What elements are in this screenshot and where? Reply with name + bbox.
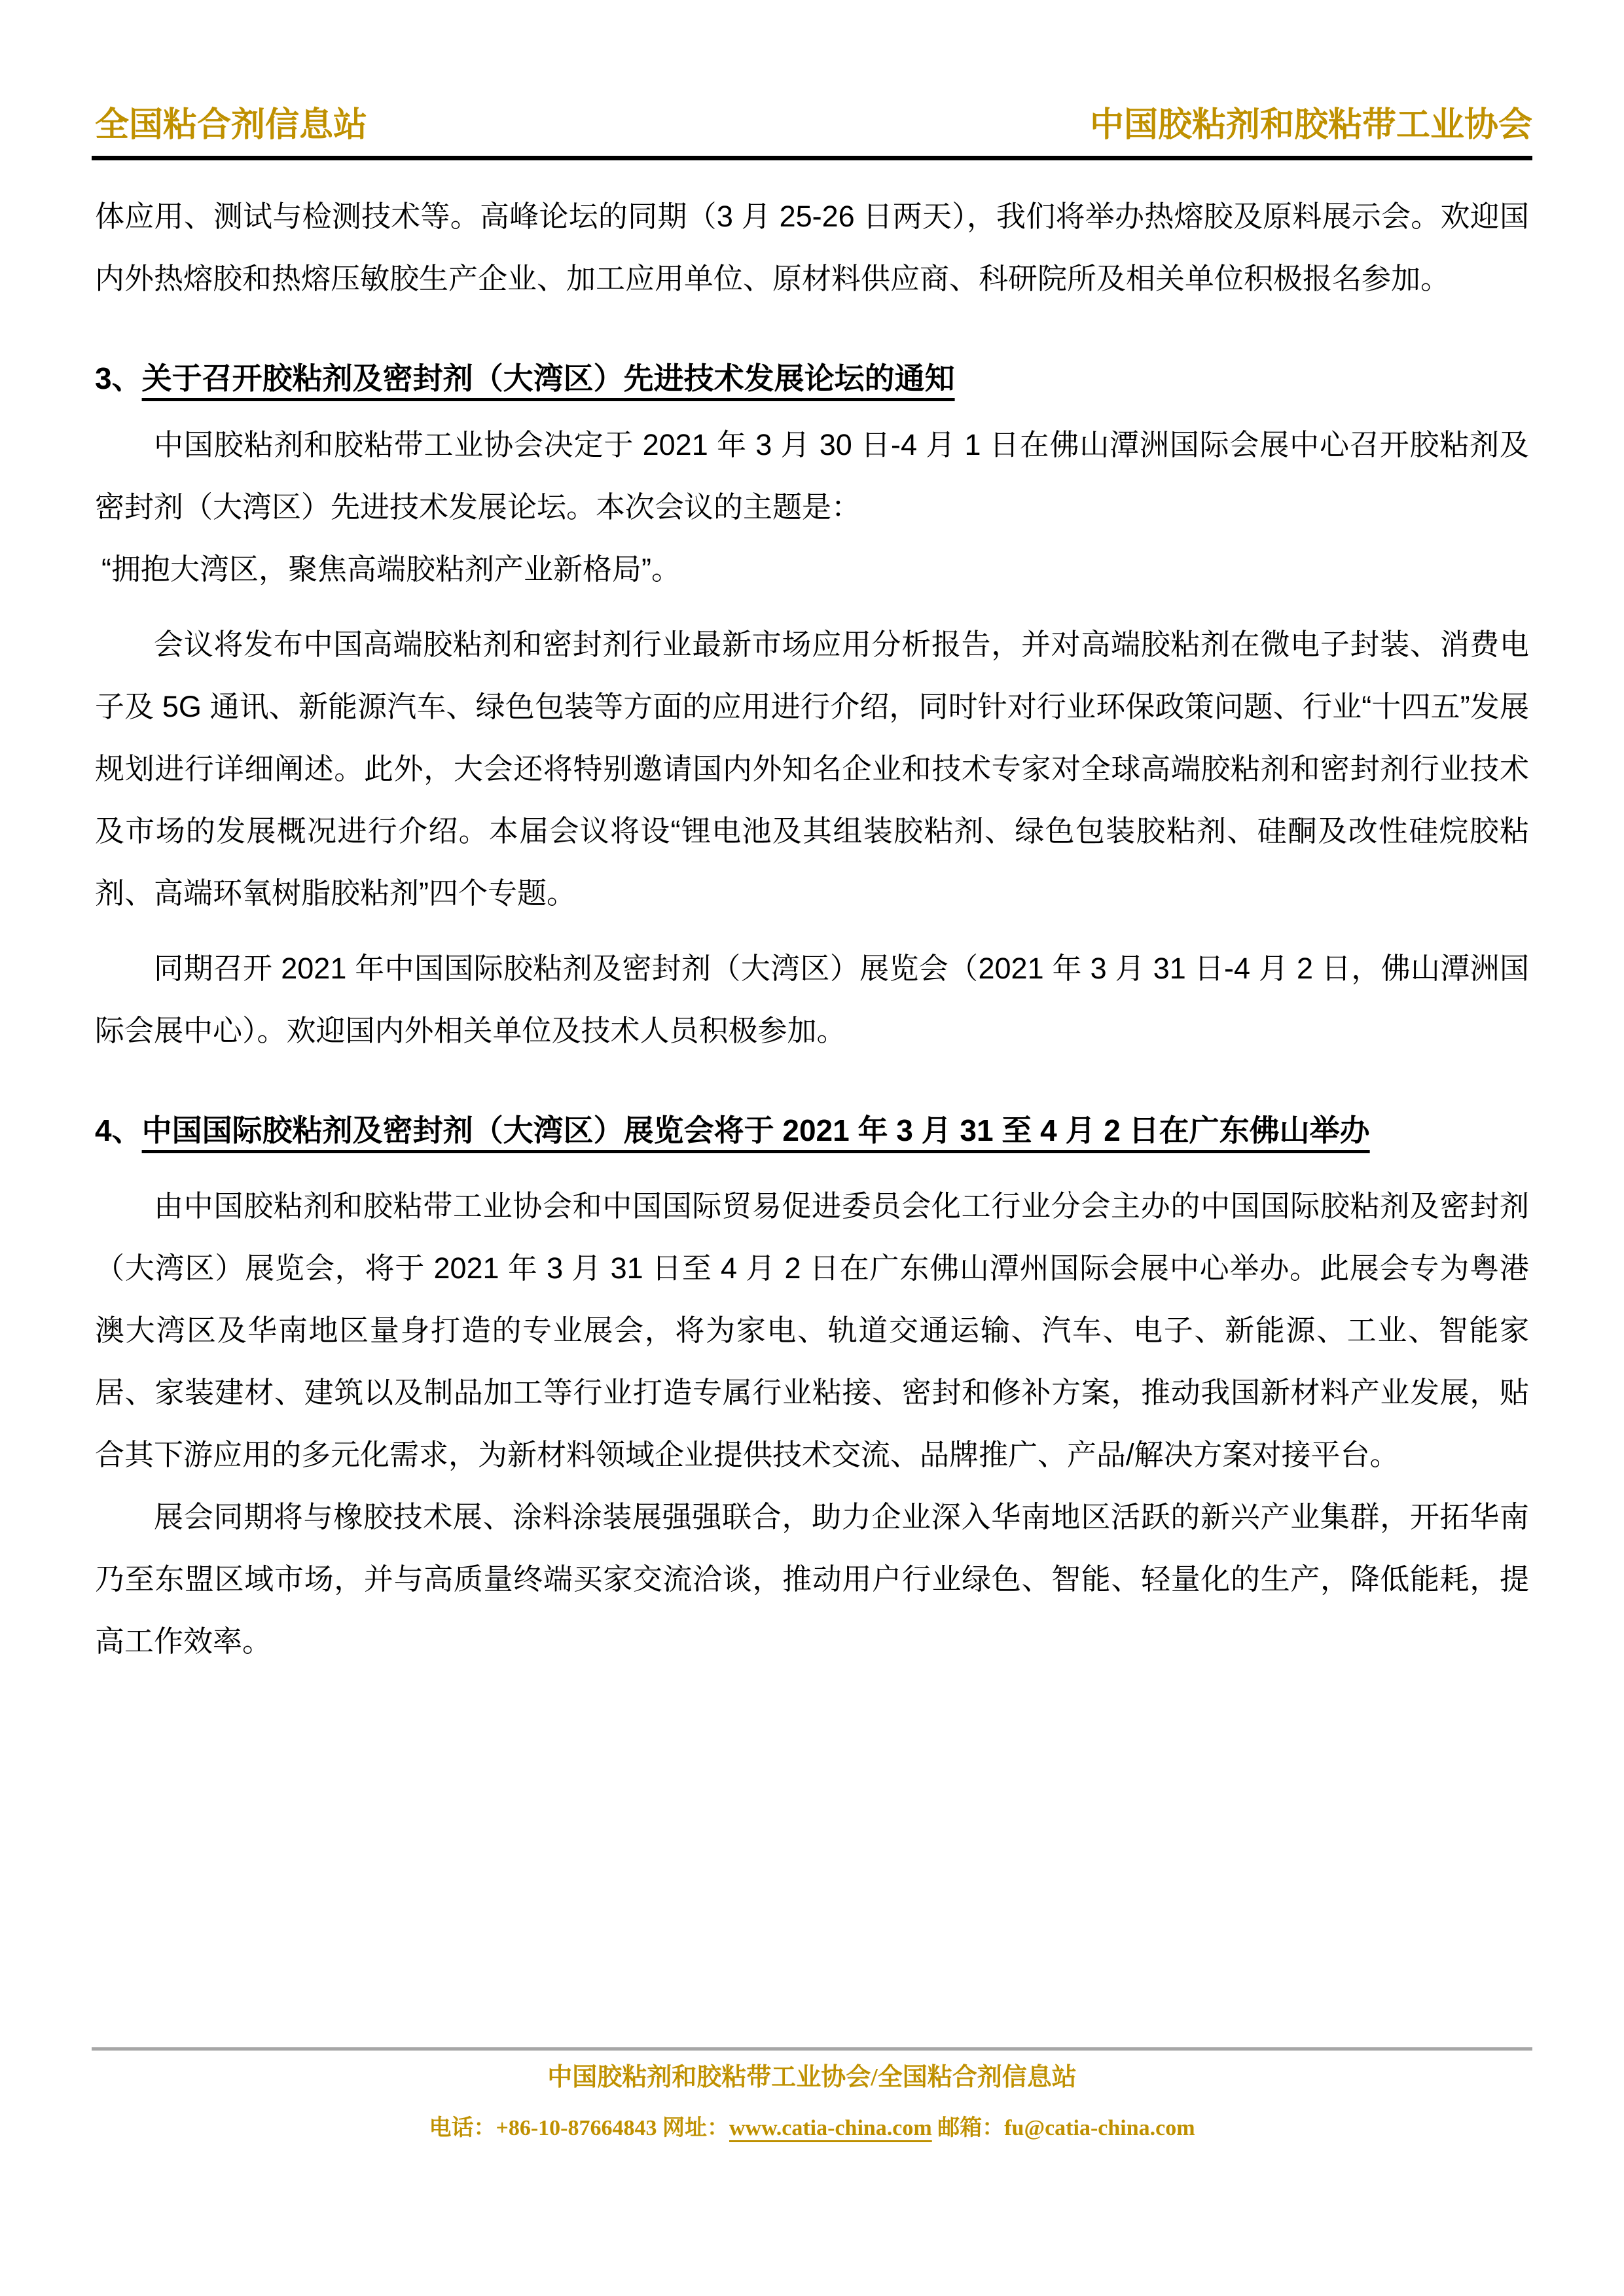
section-3-paragraph-3: 同期召开 2021 年中国国际胶粘剂及密封剂（大湾区）展览会（2021 年 3 … — [95, 937, 1529, 1062]
section-4-paragraph-2: 展会同期将与橡胶技术展、涂料涂装展强强联合，助力企业深入华南地区活跃的新兴产业集… — [95, 1486, 1529, 1672]
section-3-title: 关于召开胶粘剂及密封剂（大湾区）先进技术发展论坛的通知 — [142, 361, 955, 395]
page-header: 全国粘合剂信息站 中国胶粘剂和胶粘带工业协会 — [95, 105, 1532, 147]
footer-divider — [92, 2047, 1532, 2051]
section-3-theme-quote: “拥抱大湾区，聚焦高端胶粘剂产业新格局”。 — [95, 538, 1529, 600]
header-divider — [92, 156, 1532, 160]
section-4-heading: 4、中国国际胶粘剂及密封剂（大湾区）展览会将于 2021 年 3 月 31 至 … — [95, 1100, 1529, 1162]
footer-contact: 电话：+86-10-87664843 网址：www.catia-china.co… — [0, 2115, 1624, 2142]
section-3-paragraph-2: 会议将发布中国高端胶粘剂和密封剂行业最新市场应用分析报告，并对高端胶粘剂在微电子… — [95, 613, 1529, 924]
footer-website-link[interactable]: www.catia-china.com — [729, 2116, 932, 2140]
section-3-paragraph-1: 中国胶粘剂和胶粘带工业协会决定于 2021 年 3 月 30 日-4 月 1 日… — [95, 414, 1529, 538]
footer-organization: 中国胶粘剂和胶粘带工业协会/全国粘合剂信息站 — [0, 2062, 1624, 2092]
header-right-title: 中国胶粘剂和胶粘带工业协会 — [1090, 105, 1532, 147]
document-page: 全国粘合剂信息站 中国胶粘剂和胶粘带工业协会 体应用、测试与检测技术等。高峰论坛… — [0, 0, 1624, 2296]
document-body: 体应用、测试与检测技术等。高峰论坛的同期（3 月 25-26 日两天），我们将举… — [95, 185, 1529, 1672]
section-4-paragraph-1: 由中国胶粘剂和胶粘带工业协会和中国国际贸易促进委员会化工行业分会主办的中国国际胶… — [95, 1175, 1529, 1486]
section-3-number: 3、 — [95, 361, 142, 395]
section-4-number: 4、 — [95, 1113, 142, 1147]
header-left-title: 全国粘合剂信息站 — [95, 105, 367, 147]
footer-email: 邮箱：fu@catia-china.com — [932, 2116, 1195, 2140]
footer-phone-and-web-label: 电话：+86-10-87664843 网址： — [429, 2116, 729, 2140]
page-footer: 中国胶粘剂和胶粘带工业协会/全国粘合剂信息站 电话：+86-10-8766484… — [0, 2047, 1624, 2142]
section-4-title: 中国国际胶粘剂及密封剂（大湾区）展览会将于 2021 年 3 月 31 至 4 … — [142, 1113, 1370, 1147]
section-3-heading: 3、关于召开胶粘剂及密封剂（大湾区）先进技术发展论坛的通知 — [95, 348, 1529, 410]
intro-paragraph: 体应用、测试与检测技术等。高峰论坛的同期（3 月 25-26 日两天），我们将举… — [95, 185, 1529, 310]
